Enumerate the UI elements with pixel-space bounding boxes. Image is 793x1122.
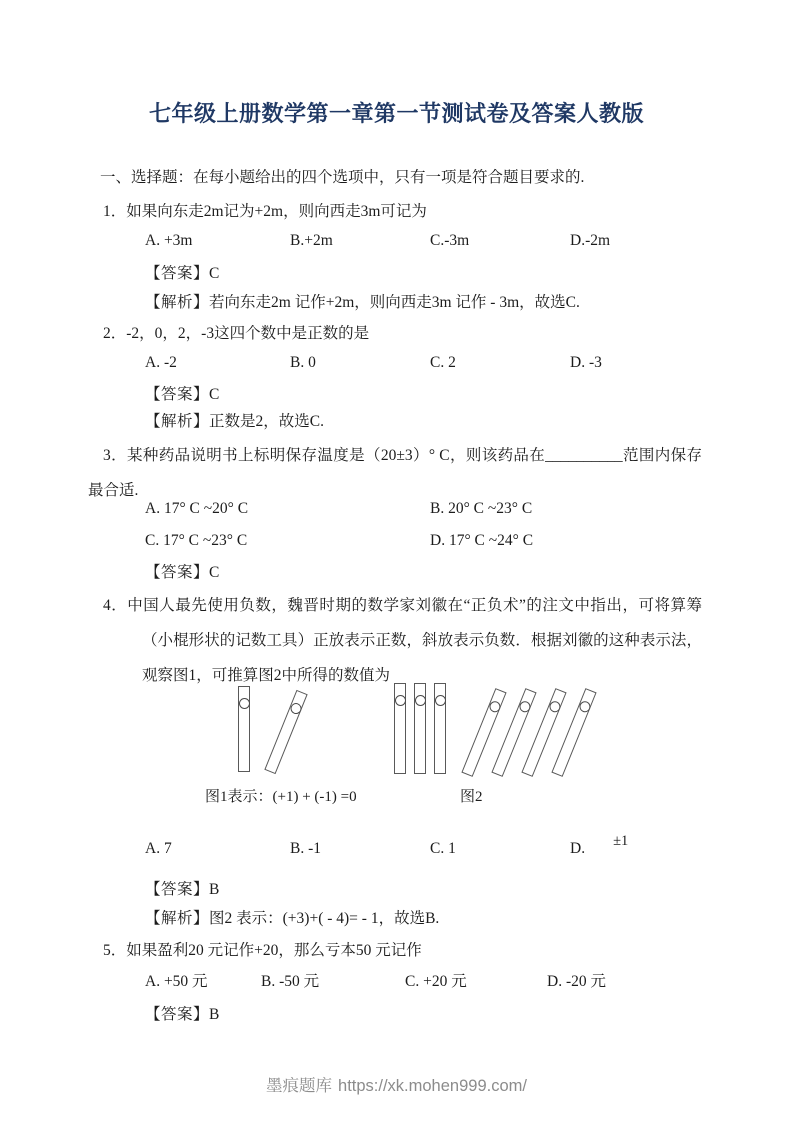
fig2-vertical-rods	[394, 683, 446, 774]
question-3-stem: 3．某种药品说明书上标明保存温度是（20±3）° C，则该药品在________…	[88, 438, 702, 508]
counting-rod-vertical	[238, 686, 250, 772]
question-4-options: A. 7 B. -1 C. 1 D.±1	[145, 840, 628, 858]
rod-hole	[547, 699, 561, 713]
analysis-tag: 【解析】	[145, 910, 209, 927]
option-d-label: D.	[570, 840, 585, 857]
question-4-stem: 4．中国人最先使用负数，魏晋时期的数学家刘徽在“正负术”的注文中指出，可将算筹（…	[142, 588, 702, 693]
fig2-caption: 图2	[460, 785, 483, 806]
option-d: D. -3	[570, 354, 602, 372]
rod-hole	[517, 699, 531, 713]
option-b: B. 20° C ~23° C	[430, 500, 533, 532]
answer-value: C	[209, 386, 219, 403]
question-1-analysis: 【解析】若向东走2m 记作+2m，则向西走3m 记作 - 3m，故选C.	[145, 290, 580, 312]
footer: 墨痕题库https://xk.mohen999.com/	[0, 1072, 793, 1096]
question-5-answer: 【答案】B	[145, 1002, 219, 1024]
answer-value: C	[209, 564, 219, 581]
rod-hole	[395, 695, 406, 706]
rod-hole	[577, 699, 591, 713]
fig1-slanted-rods	[280, 689, 292, 775]
question-2-options: A. -2 B. 0 C. 2 D. -3	[145, 354, 602, 372]
question-3-answer: 【答案】C	[145, 560, 219, 582]
fig1-vertical-rods	[238, 686, 250, 772]
option-a: A. +3m	[145, 232, 290, 250]
question-1-stem: 1．如果向东走2m记为+2m，则向西走3m可记为	[103, 199, 427, 221]
rod-hole	[487, 699, 501, 713]
fig1-caption: 图1表示：(+1) + (-1) =0	[205, 785, 357, 806]
option-a: A. +50 元	[145, 969, 261, 991]
counting-rod-vertical	[434, 683, 446, 774]
answer-tag: 【答案】	[145, 265, 209, 282]
answer-tag: 【答案】	[145, 881, 209, 898]
counting-rod-slanted	[264, 690, 307, 774]
option-c: C. +20 元	[405, 969, 547, 991]
question-1-options: A. +3m B.+2m C.-3m D.-2m	[145, 232, 610, 250]
question-4-answer: 【答案】B	[145, 877, 219, 899]
question-2-stem: 2．-2，0，2，-3这四个数中是正数的是	[103, 321, 369, 343]
option-d: D. -20 元	[547, 969, 606, 991]
analysis-tag: 【解析】	[145, 294, 209, 311]
answer-value: B	[209, 881, 219, 898]
page-title: 七年级上册数学第一章第一节测试卷及答案人教版	[0, 97, 793, 128]
option-c: C.-3m	[430, 232, 570, 250]
option-d: D.±1	[570, 840, 628, 858]
question-5-options: A. +50 元 B. -50 元 C. +20 元 D. -20 元	[145, 969, 606, 991]
analysis-text: 正数是2，故选C.	[209, 413, 324, 430]
analysis-tag: 【解析】	[145, 413, 209, 430]
fig2-slanted-rods	[478, 687, 580, 778]
question-2-answer: 【答案】C	[145, 382, 219, 404]
question-3-options: A. 17° C ~20° C B. 20° C ~23° C C. 17° C…	[145, 500, 533, 564]
option-c: C. 1	[430, 840, 570, 858]
counting-rod-vertical	[414, 683, 426, 774]
figure-counting-rods: 图1表示：(+1) + (-1) =0 图2	[0, 680, 793, 810]
option-a: A. 17° C ~20° C	[145, 500, 430, 532]
option-c: C. 2	[430, 354, 570, 372]
option-b: B. 0	[290, 354, 430, 372]
footer-url[interactable]: https://xk.mohen999.com/	[338, 1077, 527, 1095]
answer-tag: 【答案】	[145, 564, 209, 581]
rod-hole	[288, 701, 302, 715]
option-b: B. -1	[290, 840, 430, 858]
answer-value: C	[209, 265, 219, 282]
option-d: D. 17° C ~24° C	[430, 532, 533, 564]
option-b: B.+2m	[290, 232, 430, 250]
analysis-text: 图2 表示：(+3)+( - 4)= - 1，故选B.	[209, 910, 439, 927]
question-2-analysis: 【解析】正数是2，故选C.	[145, 409, 324, 431]
option-d-sup: ±1	[613, 833, 628, 849]
counting-rod-vertical	[394, 683, 406, 774]
answer-tag: 【答案】	[145, 1006, 209, 1023]
answer-tag: 【答案】	[145, 386, 209, 403]
option-a: A. -2	[145, 354, 290, 372]
question-1-answer: 【答案】C	[145, 261, 219, 283]
option-b: B. -50 元	[261, 969, 405, 991]
question-5-stem: 5．如果盈利20 元记作+20，那么亏本50 元记作	[103, 938, 422, 960]
question-4-analysis: 【解析】图2 表示：(+3)+( - 4)= - 1，故选B.	[145, 906, 439, 928]
analysis-text: 若向东走2m 记作+2m，则向西走3m 记作 - 3m，故选C.	[209, 294, 580, 311]
rod-hole	[415, 695, 426, 706]
rod-hole	[435, 695, 446, 706]
option-a: A. 7	[145, 840, 290, 858]
section-header: 一、选择题：在每小题给出的四个选项中，只有一项是符合题目要求的.	[100, 167, 584, 189]
footer-site: 墨痕题库	[266, 1077, 332, 1095]
rod-hole	[239, 698, 250, 709]
option-d: D.-2m	[570, 232, 610, 250]
answer-value: B	[209, 1006, 219, 1023]
